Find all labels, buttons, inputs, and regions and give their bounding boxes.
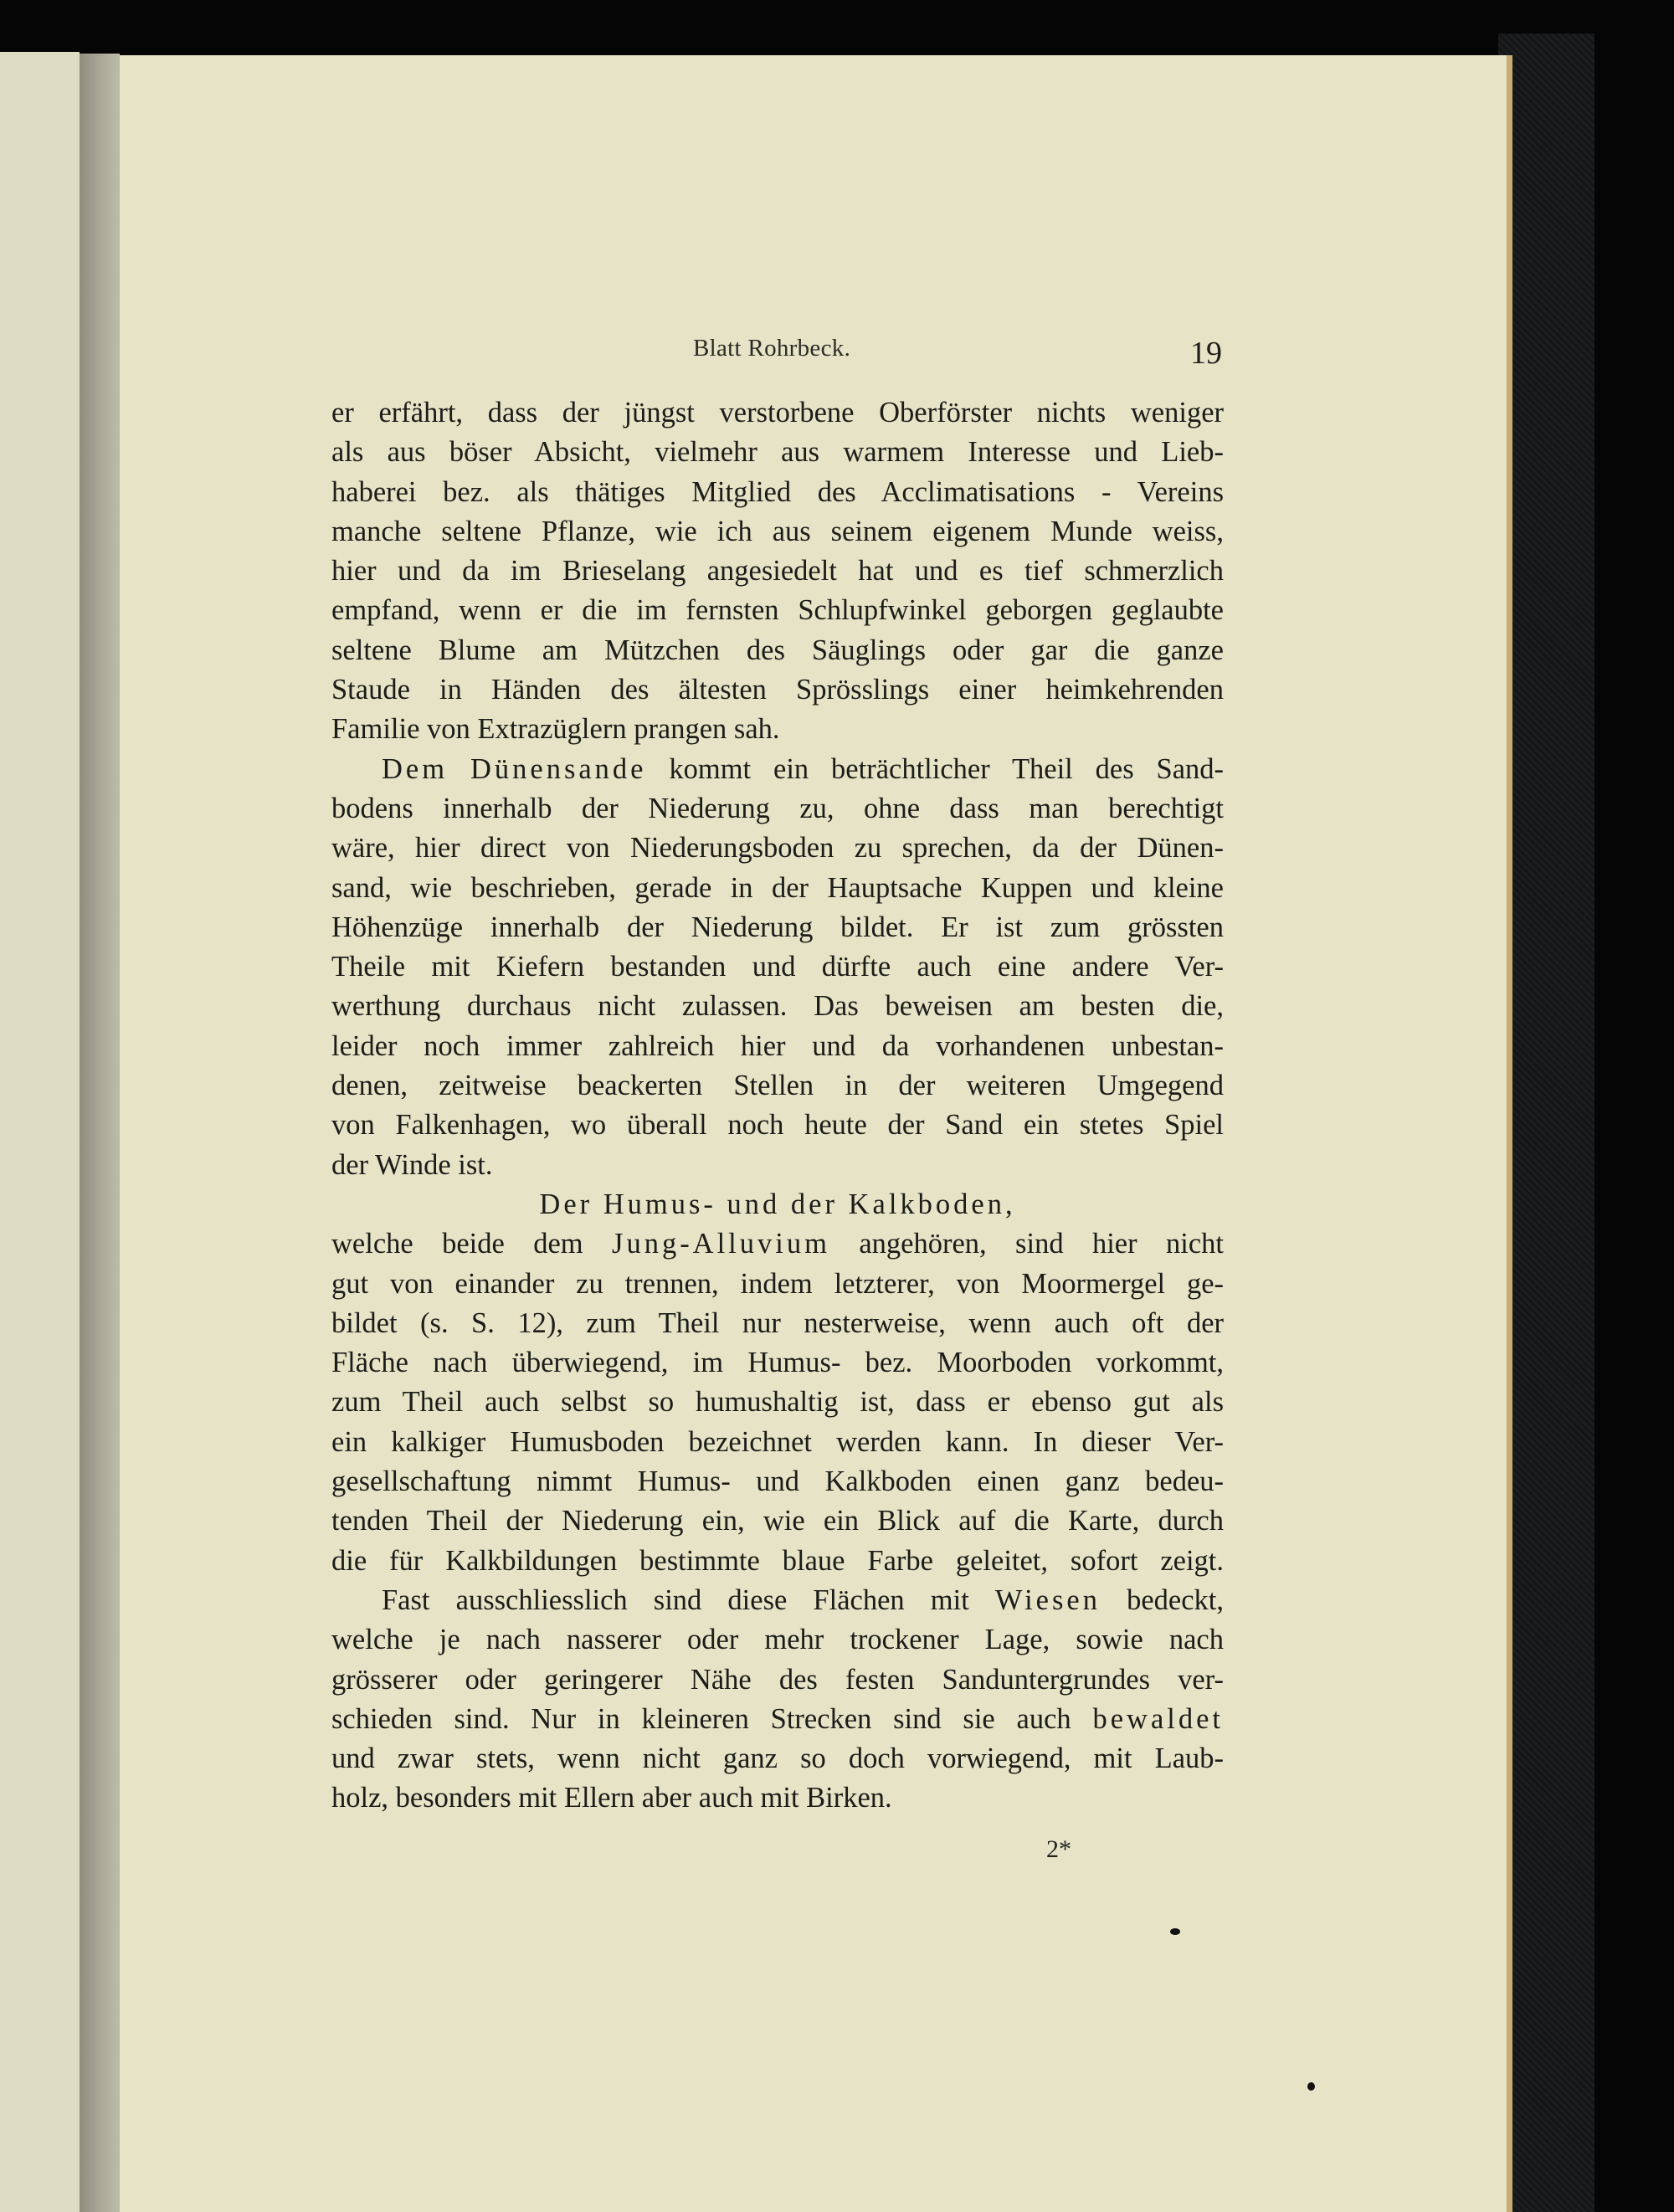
spaced-word: Wiesen: [995, 1584, 1101, 1616]
running-head: Blatt Rohrbeck.: [693, 335, 850, 362]
page-number: 19: [1190, 335, 1222, 372]
section-heading: Der Humus- und der Kalkboden,: [331, 1185, 1224, 1224]
text-line: bodens innerhalb der Niederung zu, ohne …: [331, 789, 1224, 829]
page-edge: [1507, 55, 1512, 2212]
text-fragment: bedeckt,: [1127, 1584, 1224, 1616]
text-line: welche beide dem Jung-Alluvium angehören…: [331, 1224, 1224, 1264]
text-line: wäre, hier direct von Niederungsboden zu…: [331, 829, 1224, 868]
text-line: Staude in Händen des ältesten Sprössling…: [331, 670, 1224, 710]
facing-page-edge: [0, 52, 80, 2212]
text-line: Theile mit Kiefern bestanden und dürfte …: [331, 947, 1224, 987]
text-line: hier und da im Brieselang angesiedelt ha…: [331, 552, 1224, 591]
text-fragment: angehören, sind hier nicht: [859, 1228, 1224, 1260]
spaced-word: Dünensande: [470, 753, 647, 785]
text-line: bildet (s. S. 12), zum Theil nur nesterw…: [331, 1304, 1224, 1343]
text-line: Höhenzüge innerhalb der Niederung bildet…: [331, 908, 1224, 947]
spaced-word: bewaldet: [1092, 1703, 1224, 1735]
paragraph-start: Fast ausschliesslich sind diese Flächen …: [331, 1581, 1224, 1620]
text-fragment: welche beide dem: [331, 1228, 583, 1260]
text-line: gesellschaftung nimmt Humus- und Kalkbod…: [331, 1462, 1224, 1501]
text-line: tenden Theil der Niederung ein, wie ein …: [331, 1501, 1224, 1541]
paragraph-start: Dem Dünensande kommt ein beträchtlicher …: [331, 750, 1224, 789]
spaced-word: Dem: [382, 753, 448, 785]
text-line: die für Kalkbildungen bestimmte blaue Fa…: [331, 1542, 1224, 1581]
text-line: er erfährt, dass der jüngst verstorbene …: [331, 393, 1224, 433]
text-fragment: schieden sind. Nur in kleineren Strecken…: [331, 1703, 1071, 1735]
text-line: zum Theil auch selbst so humushaltig ist…: [331, 1383, 1224, 1422]
text-line: als aus böser Absicht, vielmehr aus warm…: [331, 433, 1224, 472]
text-line: sand, wie beschrieben, gerade in der Hau…: [331, 869, 1224, 908]
text-line: werthung durchaus nicht zulassen. Das be…: [331, 987, 1224, 1026]
text-line: schieden sind. Nur in kleineren Strecken…: [331, 1700, 1224, 1739]
book-cover-right: [1498, 33, 1594, 2212]
text-line: haberei bez. als thätiges Mitglied des A…: [331, 473, 1224, 512]
text-line: denen, zeitweise beackerten Stellen in d…: [331, 1066, 1224, 1106]
ink-speck: [1170, 1928, 1180, 1935]
spaced-word: Jung-Alluvium: [612, 1228, 830, 1260]
text-line: holz, besonders mit Ellern aber auch mit…: [331, 1778, 1224, 1818]
text-fragment: kommt ein beträchtlicher Theil des Sand-: [669, 753, 1224, 785]
text-line: Familie von Extrazüglern prangen sah.: [331, 710, 1224, 749]
signature-mark: 2*: [1046, 1835, 1071, 1864]
ink-speck: [1307, 2082, 1315, 2091]
text-line: von Falkenhagen, wo überall noch heute d…: [331, 1106, 1224, 1145]
text-line: empfand, wenn er die im fernsten Schlupf…: [331, 591, 1224, 630]
book-gutter-shadow: [80, 54, 120, 2212]
text-line: gut von einander zu trennen, indem letzt…: [331, 1265, 1224, 1304]
text-fragment: Fast ausschliesslich sind diese Flächen …: [382, 1584, 969, 1616]
text-line: manche seltene Pflanze, wie ich aus sein…: [331, 512, 1224, 552]
text-line: seltene Blume am Mützchen des Säuglings …: [331, 631, 1224, 670]
text-line: der Winde ist.: [331, 1146, 1224, 1185]
text-line: und zwar stets, wenn nicht ganz so doch …: [331, 1739, 1224, 1778]
text-line: welche je nach nasserer oder mehr trocke…: [331, 1620, 1224, 1660]
text-line: Fläche nach überwiegend, im Humus- bez. …: [331, 1343, 1224, 1383]
body-text: er erfährt, dass der jüngst verstorbene …: [331, 393, 1224, 1819]
text-line: grösserer oder geringerer Nähe des feste…: [331, 1660, 1224, 1700]
text-line: leider noch immer zahlreich hier und da …: [331, 1027, 1224, 1066]
text-line: ein kalkiger Humusboden bezeichnet werde…: [331, 1423, 1224, 1462]
